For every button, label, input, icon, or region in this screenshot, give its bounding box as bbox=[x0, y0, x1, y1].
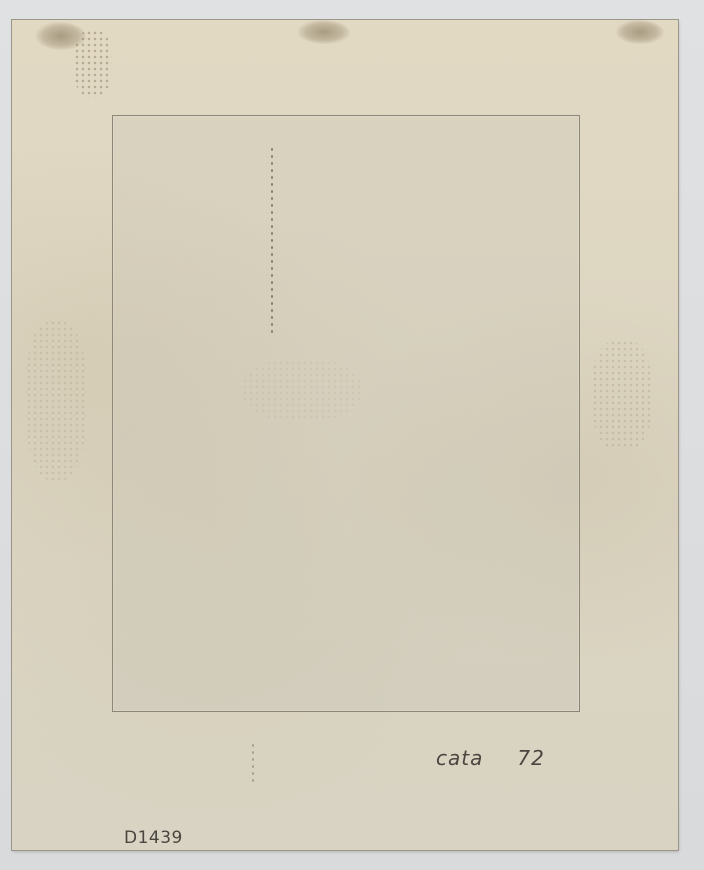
foxing-left-margin bbox=[26, 320, 86, 480]
catalog-note-word: cata bbox=[436, 746, 483, 770]
top-right-stain bbox=[616, 20, 664, 44]
catalog-note: cata72 bbox=[436, 746, 545, 770]
plate-mark bbox=[112, 115, 580, 712]
top-center-stain bbox=[298, 20, 350, 44]
lower-margin-mark bbox=[252, 742, 254, 782]
show-through-line bbox=[271, 146, 273, 336]
top-left-foxing bbox=[74, 30, 112, 98]
inventory-number: D1439 bbox=[124, 828, 183, 848]
foxing-right-margin bbox=[592, 340, 652, 450]
catalog-note-number: 72 bbox=[517, 746, 544, 770]
paper-sheet: cata72 D1439 bbox=[12, 20, 678, 850]
